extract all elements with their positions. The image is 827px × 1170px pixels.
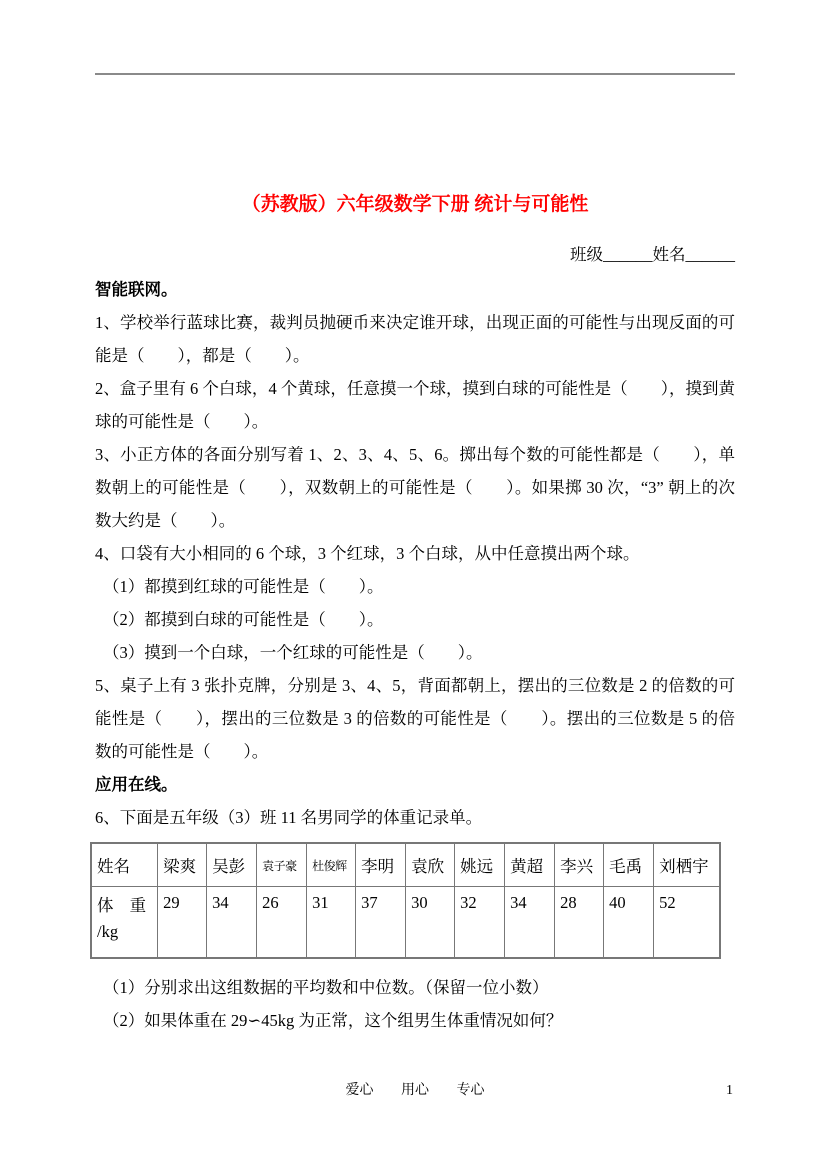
table-value-cell: 34 <box>505 887 555 959</box>
worksheet-page: （苏教版）六年级数学下册 统计与可能性 班级______姓名______ 智能联… <box>0 0 827 1170</box>
table-header-cell: 毛禹 <box>604 843 654 887</box>
weight-record-table: 姓名 梁爽 吴彭 袁子豪 杜俊辉 李明 袁欣 姚远 黄超 李兴 毛禹 刘栖宇 体… <box>90 842 721 959</box>
table-value-cell: 32 <box>455 887 505 959</box>
footer-motto-item: 用心 <box>401 1082 429 1100</box>
footer-motto-item: 爱心 <box>346 1082 374 1100</box>
table-header-cell: 袁欣 <box>406 843 455 887</box>
header-rule <box>95 73 735 75</box>
table-row-label: 体 重 /kg <box>91 887 158 959</box>
table-value-cell: 26 <box>257 887 307 959</box>
table-header-cell: 杜俊辉 <box>307 843 356 887</box>
table-header-cell: 李明 <box>356 843 406 887</box>
table-header-row: 姓名 梁爽 吴彭 袁子豪 杜俊辉 李明 袁欣 姚远 黄超 李兴 毛禹 刘栖宇 <box>91 843 720 887</box>
question-2: 2、盒子里有 6 个白球，4 个黄球，任意摸一个球，摸到白球的可能性是（ ），摸… <box>95 372 735 438</box>
table-value-cell: 28 <box>555 887 604 959</box>
table-value-cell: 40 <box>604 887 654 959</box>
table-value-cell: 31 <box>307 887 356 959</box>
footer-motto-item: 专心 <box>457 1082 485 1100</box>
table-header-cell: 姓名 <box>91 843 158 887</box>
question-6: 6、下面是五年级（3）班 11 名男同学的体重记录单。 <box>95 801 735 834</box>
section1-heading: 智能联网。 <box>95 273 735 306</box>
question-5: 5、桌子上有 3 张扑克牌，分别是 3、4、5，背面都朝上，摆出的三位数是 2 … <box>95 669 735 768</box>
question-3: 3、小正方体的各面分别写着 1、2、3、4、5、6。掷出每个数的可能性都是（ ）… <box>95 438 735 537</box>
question-4-sub-2: （2）都摸到白球的可能性是（ ）。 <box>95 603 735 636</box>
table-header-cell: 吴彭 <box>207 843 257 887</box>
worksheet-body: 智能联网。 1、学校举行蓝球比赛，裁判员抛硬币来决定谁开球，出现正面的可能性与出… <box>95 273 735 1037</box>
table-value-cell: 34 <box>207 887 257 959</box>
page-title: （苏教版）六年级数学下册 统计与可能性 <box>95 191 735 218</box>
question-4-sub-3: （3）摸到一个白球，一个红球的可能性是（ ）。 <box>95 636 735 669</box>
section2-heading: 应用在线。 <box>95 768 735 801</box>
table-header-cell: 姚远 <box>455 843 505 887</box>
footer-motto: 爱心 用心 专心 <box>95 1082 735 1100</box>
table-weight-row: 体 重 /kg 29 34 26 31 37 30 32 34 28 40 52 <box>91 887 720 959</box>
page-number: 1 <box>726 1082 733 1100</box>
table-header-cell: 袁子豪 <box>257 843 307 887</box>
table-value-cell: 37 <box>356 887 406 959</box>
table-header-cell: 黄超 <box>505 843 555 887</box>
question-4: 4、口袋有大小相同的 6 个球，3 个红球，3 个白球，从中任意摸出两个球。 <box>95 537 735 570</box>
question-6-sub-2: （2）如果体重在 29∽45kg 为正常，这个组男生体重情况如何？ <box>95 1004 735 1037</box>
question-6-sub-1: （1）分别求出这组数据的平均数和中位数。（保留一位小数） <box>95 971 735 1004</box>
table-value-cell: 29 <box>158 887 207 959</box>
page-footer: 爱心 用心 专心 1 <box>95 1082 735 1100</box>
table-header-cell: 刘栖宇 <box>654 843 720 887</box>
table-header-cell: 李兴 <box>555 843 604 887</box>
question-1: 1、学校举行蓝球比赛，裁判员抛硬币来决定谁开球，出现正面的可能性与出现反面的可能… <box>95 306 735 372</box>
table-value-cell: 30 <box>406 887 455 959</box>
question-4-sub-1: （1）都摸到红球的可能性是（ ）。 <box>95 570 735 603</box>
class-name-blanks: 班级______姓名______ <box>95 244 735 266</box>
table-header-cell: 梁爽 <box>158 843 207 887</box>
table-value-cell: 52 <box>654 887 720 959</box>
